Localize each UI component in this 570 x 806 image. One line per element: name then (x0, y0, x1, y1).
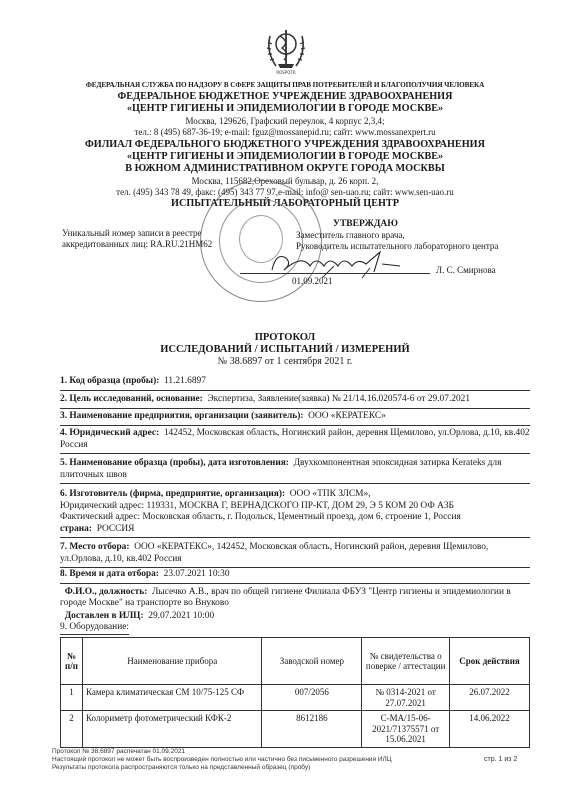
approval-position1: Заместитель главного врача, (296, 230, 498, 241)
branch-name-line1: ФИЛИАЛ ФЕДЕРАЛЬНОГО БЮДЖЕТНОГО УЧРЕЖДЕНИ… (0, 139, 570, 151)
delivered-label: Доставлен в ИЛЦ: (65, 611, 144, 621)
serial-number: 8612186 (262, 711, 362, 748)
protocol-number: № 38.6897 от 1 сентября 2021 г. (0, 356, 570, 368)
section-sampling-place: 7. Место отбора: ООО «КЕРАТЕКС», 142452,… (60, 542, 530, 568)
federal-service-title: ФЕДЕРАЛЬНАЯ СЛУЖБА ПО НАДЗОРУ В СФЕРЕ ЗА… (0, 81, 570, 89)
validity-date: 26.07.2022 (450, 685, 530, 711)
sampling-time-value: 23.07.2021 10:30 (164, 569, 230, 579)
protocol-heading: ПРОТОКОЛ ИССЛЕДОВАНИЙ / ИСПЫТАНИЙ / ИЗМЕ… (0, 332, 570, 368)
table-row: 2 Колориметр фотометрический КФК-2 86121… (61, 711, 530, 748)
row-number: 1 (61, 685, 83, 711)
section-sample-name: 5. Наименование образца (пробы), дата из… (60, 458, 530, 484)
col-header-certificate: № свидетельства о поверке / аттестации (362, 638, 450, 685)
col-header-device-name: Наименование прибора (82, 638, 262, 685)
protocol-title: ПРОТОКОЛ (0, 332, 570, 344)
country-value: РОССИЯ (97, 524, 135, 534)
signer-name: Л. С. Смирнова (436, 265, 496, 275)
registry-line1: Уникальный номер записи в реестре (62, 228, 212, 239)
delivered-value: 29.07.2021 10:00 (148, 611, 214, 621)
section-purpose: 2. Цель исследований, основание: Эксперт… (60, 394, 530, 409)
purpose-value: Экспертиза, Заявление(заявка) № 21/14.16… (207, 394, 470, 404)
emblem-logo-icon: ROSPOTR (262, 22, 310, 76)
registry-line2: аккредитованных лиц: RA.RU.21HM62 (62, 239, 212, 250)
org-name-line1: ФЕДЕРАЛЬНОЕ БЮДЖЕТНОЕ УЧРЕЖДЕНИЕ ЗДРАВОО… (0, 91, 570, 103)
svg-text:ROSPOTR: ROSPOTR (276, 70, 295, 75)
org-address: Москва, 129626, Графский переулок, 4 кор… (0, 116, 570, 127)
validity-date: 14.06.2022 (450, 711, 530, 748)
table-row: 1 Камера климатическая СМ 10/75-125 СФ 0… (61, 685, 530, 711)
purpose-label: 2. Цель исследований, основание: (60, 394, 203, 404)
signature-line (240, 272, 430, 274)
sampling-place-label: 7. Место отбора: (60, 542, 130, 552)
equipment-table: № п/п Наименование прибора Заводской ном… (60, 637, 530, 748)
col-header-number: № п/п (61, 638, 83, 685)
approval-title: УТВЕРЖДАЮ (296, 219, 498, 230)
col-header-validity: Срок действия (450, 638, 530, 685)
equipment-heading: 9. Оборудование: (60, 622, 129, 635)
legal-address-label: 4. Юридический адрес: (60, 428, 159, 438)
branch-name-line3: В ЮЖНОМ АДМИНИСТРАТИВНОМ ОКРУГЕ ГОРОДА М… (0, 163, 570, 175)
page-number: стр. 1 из 2 (484, 756, 517, 763)
org-name-line2: «ЦЕНТР ГИГИЕНЫ И ЭПИДЕМИОЛОГИИ В ГОРОДЕ … (0, 103, 570, 115)
col-header-serial: Заводской номер (262, 638, 362, 685)
applicant-value: ООО «КЕРАТЕКС» (308, 411, 386, 421)
sampling-time-label: 8. Время и дата отбора: (60, 569, 159, 579)
section-applicant: 3. Наименование предприятия, организации… (60, 411, 530, 426)
org-contacts: тел.: 8 (495) 687-36-19; e-mail: fguz@mo… (0, 127, 570, 138)
footer-notes: Протокол № 38.6897 распечатан 01.09.2021… (52, 748, 392, 772)
manufacturer-value: ООО «ТПК ЗЛСМ», (290, 489, 371, 499)
certificate: № 0314-2021 от 27.07.2021 (362, 685, 450, 711)
device-name: Камера климатическая СМ 10/75-125 СФ (82, 685, 262, 711)
approval-date: 01.09.2021 (292, 276, 333, 286)
applicant-label: 3. Наименование предприятия, организации… (60, 411, 303, 421)
section-sample-code: 1. Код образца (пробы): 11.21.6897 (60, 376, 530, 391)
country-label: страна: (60, 524, 92, 534)
manufacturer-label: 6. Изготовитель (фирма, предприятие, орг… (60, 489, 285, 499)
protocol-subtitle: ИССЛЕДОВАНИЙ / ИСПЫТАНИЙ / ИЗМЕРЕНИЙ (0, 344, 570, 356)
fio-label: Ф.И.О., должность: (65, 587, 148, 597)
registry-info: Уникальный номер записи в реестре аккред… (62, 228, 212, 250)
manufacturer-actual-address: Фактический адрес: Московская область, г… (60, 512, 530, 524)
footer-notice2: Результаты протокола распространяются то… (52, 764, 392, 772)
section-sampling-time: 8. Время и дата отбора: 23.07.2021 10:30… (60, 569, 530, 637)
section-manufacturer: 6. Изготовитель (фирма, предприятие, орг… (60, 489, 530, 538)
certificate: С-МА/15-06-2021/71375571 от 15.06.2021 (362, 711, 450, 748)
branch-name-line2: «ЦЕНТР ГИГИЕНЫ И ЭПИДЕМИОЛОГИИ В ГОРОДЕ … (0, 151, 570, 163)
table-header-row: № п/п Наименование прибора Заводской ном… (61, 638, 530, 685)
row-number: 2 (61, 711, 83, 748)
sample-name-label: 5. Наименование образца (пробы), дата из… (60, 458, 289, 468)
serial-number: 007/2056 (262, 685, 362, 711)
sample-code-value: 11.21.6897 (164, 376, 206, 386)
footer-printed: Протокол № 38.6897 распечатан 01.09.2021 (52, 748, 392, 756)
manufacturer-legal-address: Юридический адрес: 119331, МОСКВА Г, ВЕР… (60, 501, 530, 513)
footer-notice1: Настоящий протокол не может быть воспрои… (52, 756, 392, 764)
section-legal-address: 4. Юридический адрес: 142452, Московская… (60, 428, 530, 454)
device-name: Колориметр фотометрический КФК-2 (82, 711, 262, 748)
sample-code-label: 1. Код образца (пробы): (60, 376, 159, 386)
